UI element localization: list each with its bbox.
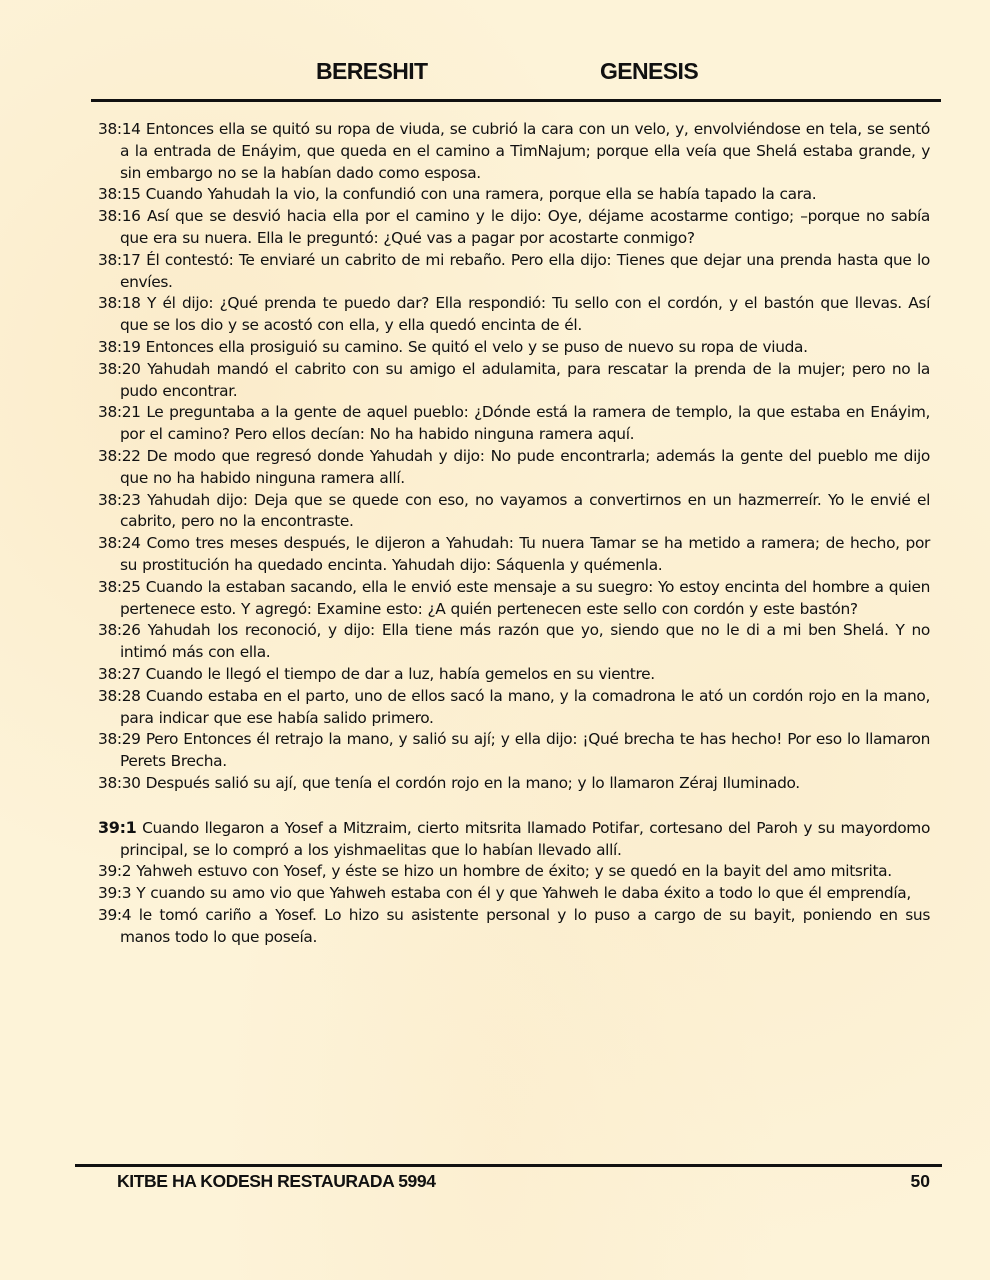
page-number: 50: [911, 1171, 930, 1192]
verse-text: Entonces ella prosiguió su camino. Se qu…: [146, 338, 808, 356]
verse-38-19: 38:19 Entonces ella prosiguió su camino.…: [98, 337, 930, 359]
verse-text: Después salió su ají, que tenía el cordó…: [146, 774, 800, 792]
header-english-title: GENESIS: [600, 58, 698, 85]
verse-text: Y cuando su amo vio que Yahweh estaba co…: [136, 884, 911, 902]
verse-number: 38:23: [98, 491, 141, 509]
verse-text: Yahudah los reconoció, y dijo: Ella tien…: [120, 621, 930, 661]
verse-38-21: 38:21 Le preguntaba a la gente de aquel …: [98, 402, 930, 446]
verse-number: 38:20: [98, 360, 141, 378]
verse-number: 38:30: [98, 774, 141, 792]
verse-38-27: 38:27 Cuando le llegó el tiempo de dar a…: [98, 664, 930, 686]
verse-38-28: 38:28 Cuando estaba en el parto, uno de …: [98, 686, 930, 730]
verse-number: 38:21: [98, 403, 141, 421]
verse-text: Él contestó: Te enviaré un cabrito de mi…: [120, 251, 930, 291]
verse-number: 39:4: [98, 906, 131, 924]
verse-text: Y él dijo: ¿Qué prenda te puedo dar? Ell…: [120, 294, 930, 334]
verse-number: 38:29: [98, 730, 141, 748]
verse-38-17: 38:17 Él contestó: Te enviaré un cabrito…: [98, 250, 930, 294]
verse-number: 38:26: [98, 621, 141, 639]
verse-number: 38:14: [98, 120, 141, 138]
chapter-break: [98, 795, 930, 817]
verse-38-18: 38:18 Y él dijo: ¿Qué prenda te puedo da…: [98, 293, 930, 337]
verse-text: Cuando Yahudah la vio, la confundió con …: [146, 185, 817, 203]
verse-number: 38:28: [98, 687, 141, 705]
verse-number: 38:15: [98, 185, 141, 203]
verse-39-4: 39:4 le tomó cariño a Yosef. Lo hizo su …: [98, 905, 930, 949]
verse-text: Como tres meses después, le dijeron a Ya…: [120, 534, 930, 574]
verse-text: Cuando la estaban sacando, ella le envió…: [120, 578, 930, 618]
verse-text: Yahudah dijo: Deja que se quede con eso,…: [120, 491, 930, 531]
page-header: BERESHIT GENESIS: [0, 58, 990, 90]
verse-38-15: 38:15 Cuando Yahudah la vio, la confundi…: [98, 184, 930, 206]
header-divider: [91, 99, 941, 102]
verse-38-30: 38:30 Después salió su ají, que tenía el…: [98, 773, 930, 795]
verse-39-1: 39:1 Cuando llegaron a Yosef a Mitzraim,…: [98, 817, 930, 862]
verse-38-22: 38:22 De modo que regresó donde Yahudah …: [98, 446, 930, 490]
verse-number: 39:2: [98, 862, 131, 880]
verse-text: Cuando llegaron a Yosef a Mitzraim, cier…: [120, 819, 930, 859]
scripture-body: 38:14 Entonces ella se quitó su ropa de …: [98, 119, 930, 948]
verse-38-16: 38:16 Así que se desvió hacia ella por e…: [98, 206, 930, 250]
header-hebrew-title: BERESHIT: [316, 58, 428, 85]
footer-divider: [75, 1164, 942, 1167]
verse-39-3: 39:3 Y cuando su amo vio que Yahweh esta…: [98, 883, 930, 905]
verse-number: 38:17: [98, 251, 141, 269]
verse-38-26: 38:26 Yahudah los reconoció, y dijo: Ell…: [98, 620, 930, 664]
verse-text: Cuando estaba en el parto, uno de ellos …: [120, 687, 930, 727]
verse-38-23: 38:23 Yahudah dijo: Deja que se quede co…: [98, 490, 930, 534]
verse-number: 38:25: [98, 578, 141, 596]
verse-text: Pero Entonces él retrajo la mano, y sali…: [120, 730, 930, 770]
verse-number: 38:27: [98, 665, 141, 683]
verse-number: 38:22: [98, 447, 141, 465]
verse-39-2: 39:2 Yahweh estuvo con Yosef, y éste se …: [98, 861, 930, 883]
verse-38-14: 38:14 Entonces ella se quitó su ropa de …: [98, 119, 930, 184]
verse-text: Entonces ella se quitó su ropa de viuda,…: [120, 120, 930, 182]
verse-text: Así que se desvió hacia ella por el cami…: [120, 207, 930, 247]
verse-text: Le preguntaba a la gente de aquel pueblo…: [120, 403, 930, 443]
verse-text: le tomó cariño a Yosef. Lo hizo su asist…: [120, 906, 930, 946]
verse-number: 38:16: [98, 207, 141, 225]
chapter-verse-number: 39:1: [98, 818, 136, 837]
verse-number: 38:18: [98, 294, 141, 312]
verse-38-25: 38:25 Cuando la estaban sacando, ella le…: [98, 577, 930, 621]
verse-38-29: 38:29 Pero Entonces él retrajo la mano, …: [98, 729, 930, 773]
verse-number: 38:19: [98, 338, 141, 356]
verse-38-24: 38:24 Como tres meses después, le dijero…: [98, 533, 930, 577]
verse-number: 39:3: [98, 884, 131, 902]
verse-text: Yahweh estuvo con Yosef, y éste se hizo …: [136, 862, 892, 880]
verse-38-20: 38:20 Yahudah mandó el cabrito con su am…: [98, 359, 930, 403]
footer-book-title: KITBE HA KODESH RESTAURADA 5994: [117, 1171, 436, 1192]
verse-number: 38:24: [98, 534, 141, 552]
verse-text: Cuando le llegó el tiempo de dar a luz, …: [146, 665, 655, 683]
verse-text: Yahudah mandó el cabrito con su amigo el…: [120, 360, 930, 400]
verse-text: De modo que regresó donde Yahudah y dijo…: [120, 447, 930, 487]
